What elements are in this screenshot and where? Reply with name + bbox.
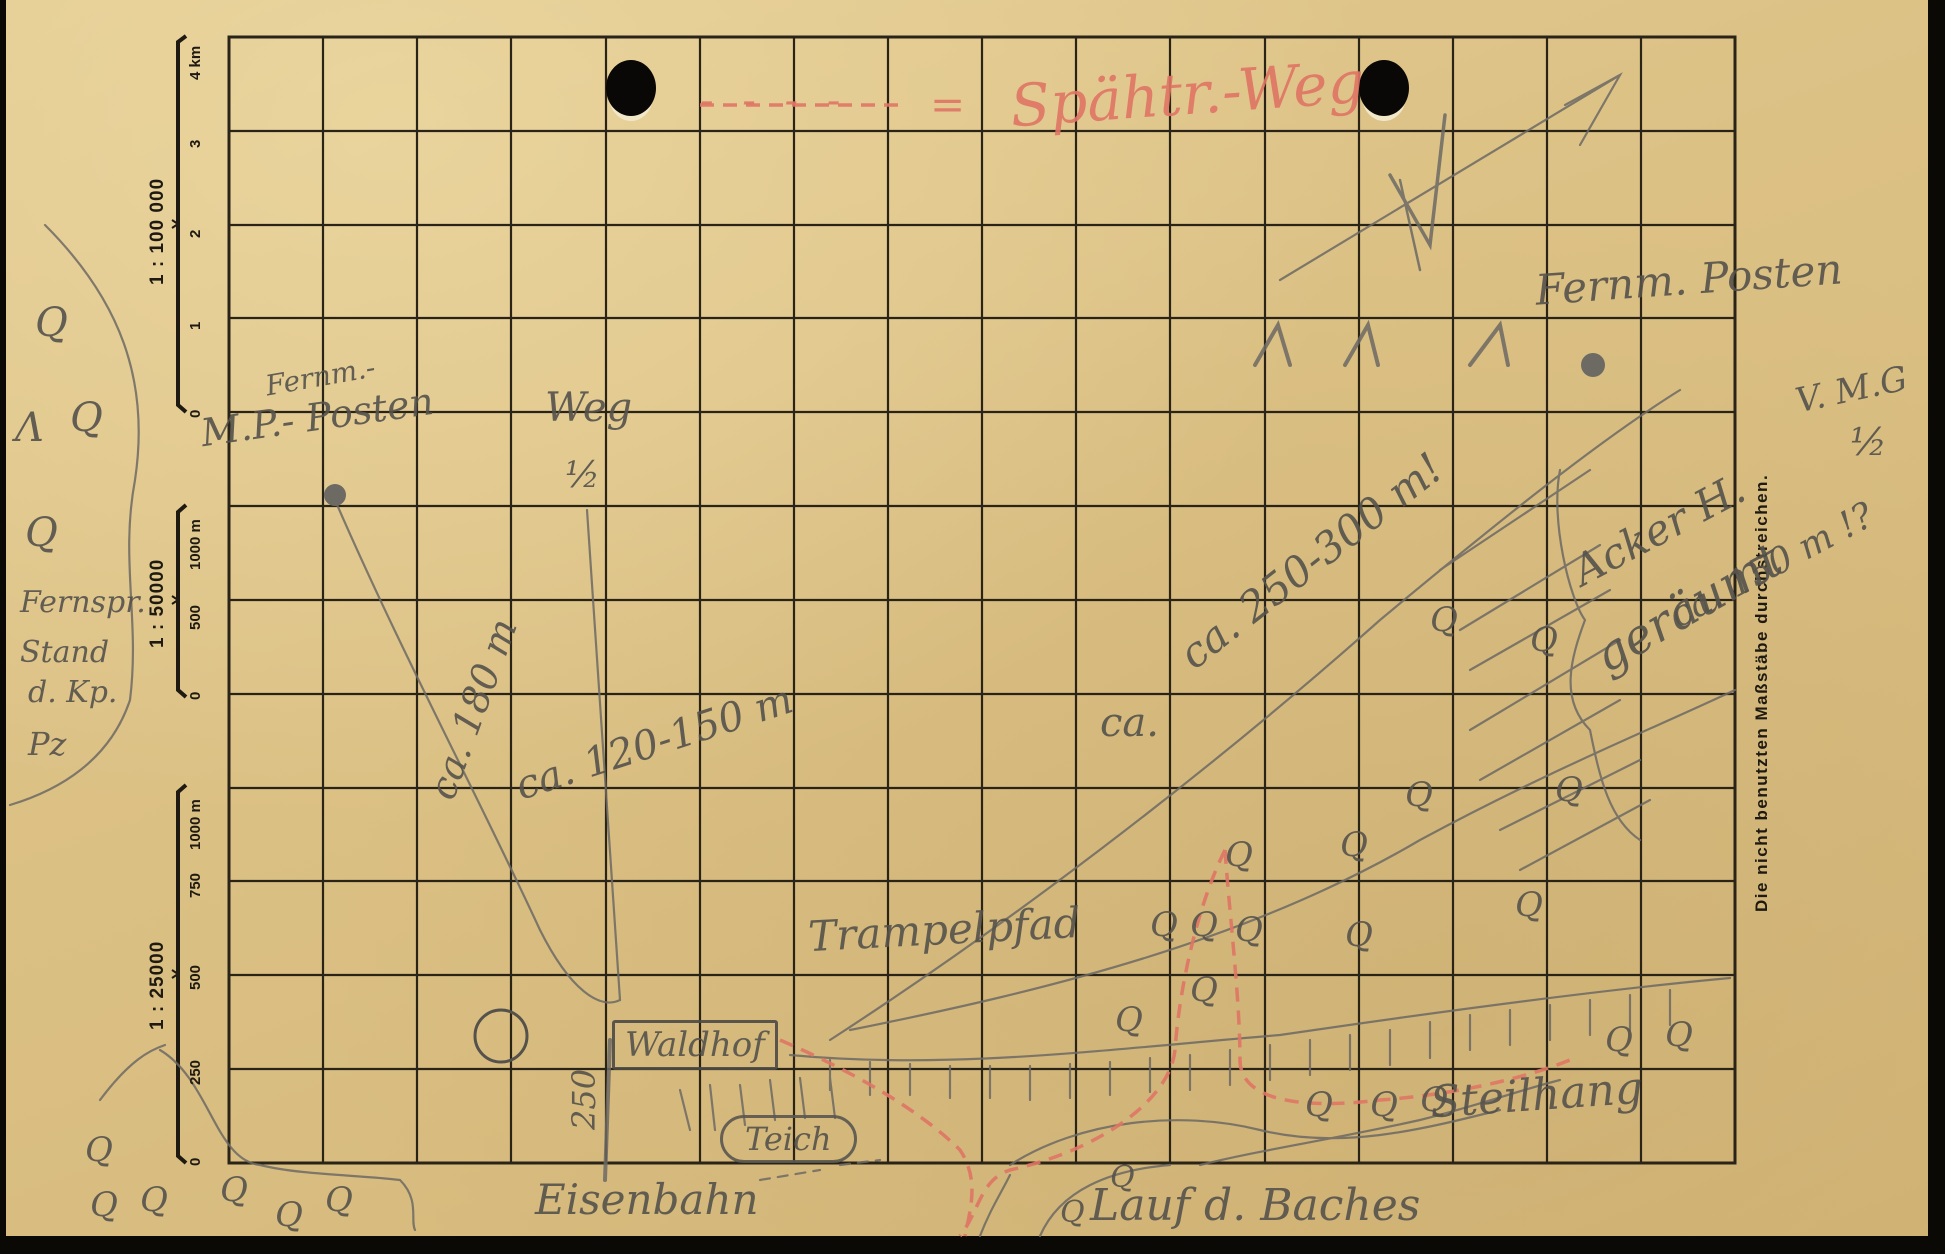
scale-tick: 500	[187, 605, 204, 630]
tree-symbol: Q	[1420, 1080, 1448, 1120]
weg-label: Weg	[545, 385, 632, 431]
scale-tick: 0	[187, 692, 204, 700]
tree-symbol: Q	[25, 510, 58, 556]
tree-symbol: Q	[325, 1180, 353, 1220]
scale-label-50000: 1 : 50000	[147, 559, 169, 648]
teich-label: Teich	[720, 1115, 857, 1163]
tree-symbol: Q	[1225, 835, 1253, 875]
scale-tick: 4 km	[187, 46, 204, 80]
scale-tick: 250	[187, 1060, 204, 1085]
tree-symbol: Q	[1370, 1085, 1398, 1125]
eisenbahn-label: Eisenbahn	[535, 1175, 759, 1224]
scale-tick: 1	[187, 322, 204, 330]
tree-symbol: Q	[1235, 910, 1263, 950]
left-note-1: Fernspr.	[20, 585, 146, 620]
height-250-label: 250	[565, 1069, 603, 1130]
scale-tick: 2	[187, 230, 204, 238]
tree-symbol: Q	[1305, 1085, 1333, 1125]
legend-equals: =	[930, 80, 965, 129]
tree-symbol: Q	[90, 1185, 118, 1225]
tree-symbol: Q	[1515, 885, 1543, 925]
tree-symbol: Q	[275, 1195, 303, 1235]
scale-tick: 500	[187, 965, 204, 990]
vmg-fraction: ½	[1850, 420, 1887, 464]
weg-fraction: ½	[565, 455, 600, 496]
scale-tick: 0	[187, 1158, 204, 1166]
tree-symbol: Q	[1115, 1000, 1143, 1040]
left-note-4: Pz	[28, 725, 66, 763]
tree-symbol: Q	[35, 300, 68, 346]
left-note-3: d. Kp.	[28, 675, 117, 710]
scale-label-100000: 1 : 100 000	[147, 178, 169, 285]
tree-symbol: Q	[1405, 775, 1433, 815]
tree-symbol: Q	[70, 395, 103, 441]
tree-symbol: Q	[1190, 970, 1218, 1010]
bach-label: Lauf d. Baches	[1090, 1180, 1420, 1231]
scale-bars	[172, 36, 186, 1163]
tree-symbol: Q	[1060, 1195, 1085, 1230]
left-note-2: Stand	[20, 635, 109, 670]
tree-symbol: Q	[1530, 620, 1558, 660]
tree-symbol: Q	[140, 1180, 168, 1220]
punch-hole-right	[1359, 60, 1409, 116]
tree-symbol: Q	[1665, 1015, 1693, 1055]
waldhof-label: Waldhof	[612, 1020, 778, 1070]
legend-dash: - - - -	[700, 78, 848, 124]
scale-tick: 1000 m	[187, 519, 204, 570]
scale-tick: 3	[187, 140, 204, 148]
punch-hole-left	[606, 60, 656, 116]
tree-symbol: Q	[1110, 1160, 1135, 1195]
scale-label-25000: 1 : 25000	[147, 941, 169, 1030]
tree-symbol: Q	[1430, 600, 1458, 640]
tree-symbol: Q	[85, 1130, 113, 1170]
scale-tick: 750	[187, 873, 204, 898]
distance-ca: ca.	[1100, 700, 1159, 746]
tree-symbol: Q	[1555, 770, 1583, 810]
tree-symbol: Q	[1605, 1020, 1633, 1060]
tree-symbol: Q	[1340, 825, 1368, 865]
tree-symbol: Q	[220, 1170, 248, 1210]
tree-symbol: Q	[1345, 915, 1373, 955]
conifer-symbol: Λ	[15, 405, 44, 451]
tree-symbol: Q	[1190, 905, 1218, 945]
scale-tick: 1000 m	[187, 799, 204, 850]
tree-symbol: Q	[1150, 905, 1178, 945]
